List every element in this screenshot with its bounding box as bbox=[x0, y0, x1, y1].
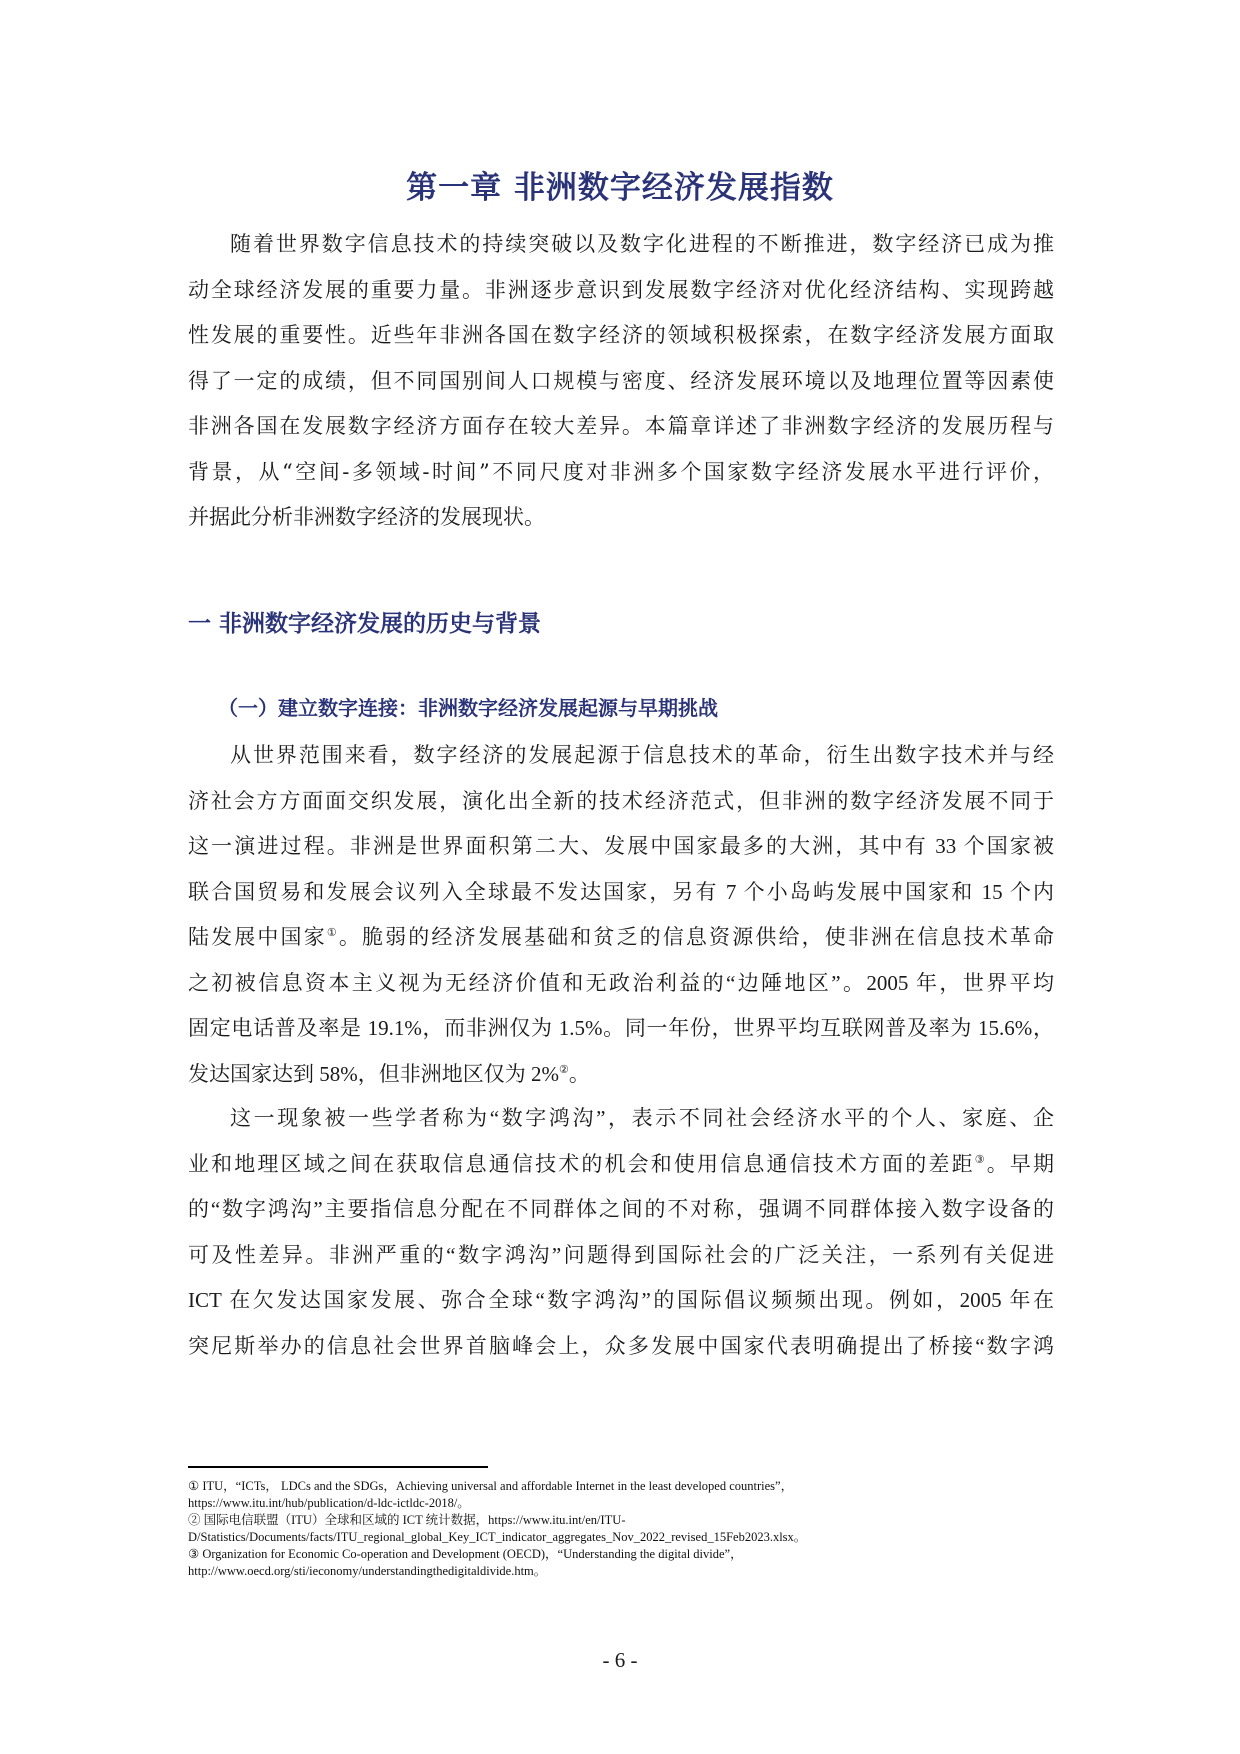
text-line: 从世界范围来看，数字经济的发展起源于信息技术的革命，衍生出数字技术并与经 bbox=[188, 733, 1054, 779]
text-line-with-footnote: 业和地理区域之间在获取信息通信技术的机会和使用信息通信技术方面的差距③。早期 bbox=[188, 1142, 1054, 1188]
footnote-3: ③ Organization for Economic Co-operation… bbox=[188, 1546, 1068, 1563]
body-paragraph-1: 从世界范围来看，数字经济的发展起源于信息技术的革命，衍生出数字技术并与经 济社会… bbox=[188, 733, 1054, 1097]
footnote-1-url[interactable]: https://www.itu.int/hub/publication/d-ld… bbox=[188, 1495, 1068, 1512]
text-line: 非洲各国在发展数字经济方面存在较大差异。本篇章详述了非洲数字经济的发展历程与 bbox=[188, 404, 1054, 450]
text-line: 的“数字鸿沟”主要指信息分配在不同群体之间的不对称，强调不同群体接入数字设备的 bbox=[188, 1187, 1054, 1233]
text-line: 固定电话普及率是 19.1%，而非洲仅为 1.5%。同一年份，世界平均互联网普及… bbox=[188, 1006, 1054, 1052]
text-line: 可及性差异。非洲严重的“数字鸿沟”问题得到国际社会的广泛关注，一系列有关促进 bbox=[188, 1233, 1054, 1279]
footnote-3-url[interactable]: http://www.oecd.org/sti/ieconomy/underst… bbox=[188, 1563, 1068, 1580]
text-line-with-footnote: 陆发展中国家①。脆弱的经济发展基础和贫乏的信息资源供给，使非洲在信息技术革命 bbox=[188, 915, 1054, 961]
text-line: 随着世界数字信息技术的持续突破以及数字化进程的不断推进，数字经济已成为推 bbox=[188, 222, 1054, 268]
text-line: 联合国贸易和发展会议列入全球最不发达国家，另有 7 个小岛屿发展中国家和 15 … bbox=[188, 870, 1054, 916]
text-fragment: 。 bbox=[569, 1062, 590, 1086]
footnote-ref-2[interactable]: ② bbox=[559, 1064, 569, 1076]
body-paragraph-2: 这一现象被一些学者称为“数字鸿沟”，表示不同社会经济水平的个人、家庭、企 业和地… bbox=[188, 1096, 1054, 1369]
footnote-2-url[interactable]: D/Statistics/Documents/facts/ITU_regiona… bbox=[188, 1529, 1068, 1546]
text-line: 这一演进过程。非洲是世界面积第二大、发展中国家最多的大洲，其中有 33 个国家被 bbox=[188, 824, 1054, 870]
text-line: 济社会方方面面交织发展，演化出全新的技术经济范式，但非洲的数字经济发展不同于 bbox=[188, 779, 1054, 825]
page-number: - 6 - bbox=[0, 1648, 1240, 1673]
text-line: 并据此分析非洲数字经济的发展现状。 bbox=[188, 495, 1054, 541]
chapter-title: 第一章 非洲数字经济发展指数 bbox=[0, 162, 1240, 207]
footnote-2: ② 国际电信联盟（ITU）全球和区域的 ICT 统计数据，https://www… bbox=[188, 1512, 1068, 1529]
text-line: 得了一定的成绩，但不同国别间人口规模与密度、经济发展环境以及地理位置等因素使 bbox=[188, 359, 1054, 405]
text-fragment: 。脆弱的经济发展基础和贫乏的信息资源供给，使非洲在信息技术革命 bbox=[339, 925, 1054, 949]
text-line: 之初被信息资本主义视为无经济价值和无政治利益的“边陲地区”。2005 年，世界平… bbox=[188, 961, 1054, 1007]
text-line: ICT 在欠发达国家发展、弥合全球“数字鸿沟”的国际倡议频频出现。例如，2005… bbox=[188, 1278, 1054, 1324]
footnote-1: ① ITU，“ICTs， LDCs and the SDGs，Achieving… bbox=[188, 1478, 1068, 1495]
footnotes: ① ITU，“ICTs， LDCs and the SDGs，Achieving… bbox=[188, 1478, 1068, 1580]
text-fragment: 。早期 bbox=[987, 1152, 1054, 1176]
section-heading: 一 非洲数字经济发展的历史与背景 bbox=[188, 605, 541, 638]
text-fragment: 业和地理区域之间在获取信息通信技术的机会和使用信息通信技术方面的差距 bbox=[188, 1152, 975, 1176]
document-page: 第一章 非洲数字经济发展指数 随着世界数字信息技术的持续突破以及数字化进程的不断… bbox=[0, 0, 1240, 1754]
text-line: 背景，从“空间-多领域-时间”不同尺度对非洲多个国家数字经济发展水平进行评价， bbox=[188, 450, 1054, 496]
text-line: 动全球经济发展的重要力量。非洲逐步意识到发展数字经济对优化经济结构、实现跨越 bbox=[188, 268, 1054, 314]
text-fragment: 陆发展中国家 bbox=[188, 925, 327, 949]
text-line-with-footnote: 发达国家达到 58%，但非洲地区仅为 2%②。 bbox=[188, 1052, 1054, 1098]
footnote-ref-1[interactable]: ① bbox=[327, 927, 339, 939]
text-line: 突尼斯举办的信息社会世界首脑峰会上，众多发展中国家代表明确提出了桥接“数字鸿 bbox=[188, 1324, 1054, 1370]
footnote-divider bbox=[188, 1466, 488, 1468]
text-line: 性发展的重要性。近些年非洲各国在数字经济的领域积极探索，在数字经济发展方面取 bbox=[188, 313, 1054, 359]
intro-paragraph: 随着世界数字信息技术的持续突破以及数字化进程的不断推进，数字经济已成为推 动全球… bbox=[188, 222, 1054, 541]
subsection-heading: （一）建立数字连接：非洲数字经济发展起源与早期挑战 bbox=[218, 692, 718, 721]
text-line: 这一现象被一些学者称为“数字鸿沟”，表示不同社会经济水平的个人、家庭、企 bbox=[188, 1096, 1054, 1142]
footnote-ref-3[interactable]: ③ bbox=[975, 1154, 987, 1166]
text-fragment: 发达国家达到 58%，但非洲地区仅为 2% bbox=[188, 1062, 559, 1086]
